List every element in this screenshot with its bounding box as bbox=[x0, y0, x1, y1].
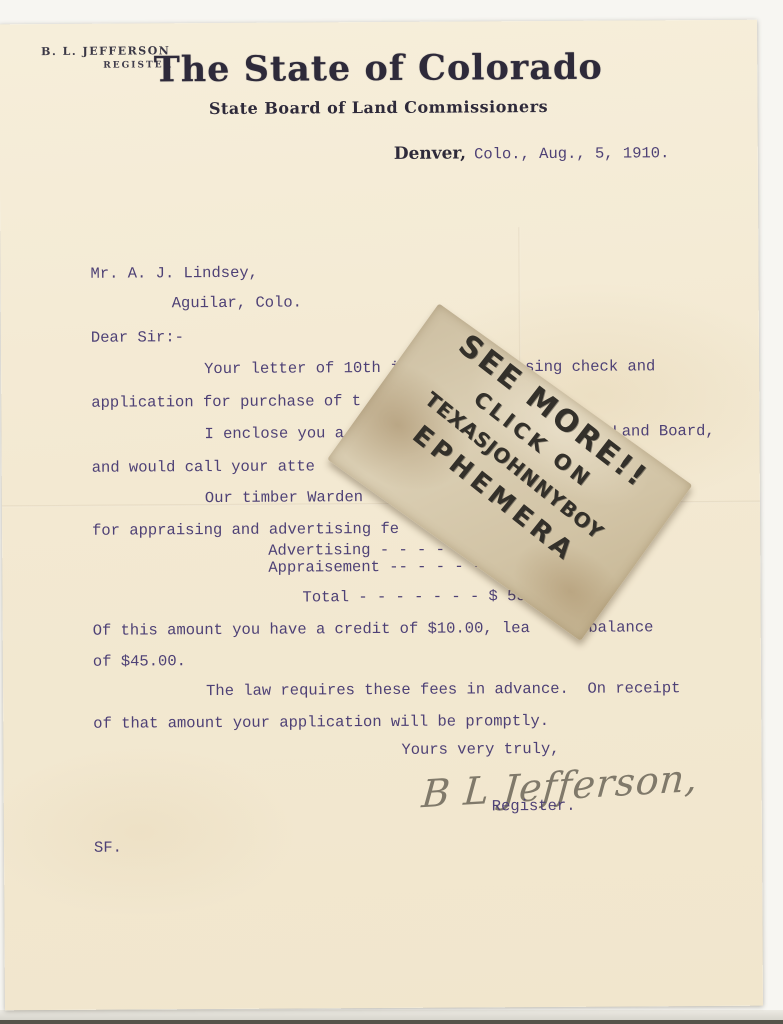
typed-line: The law requires these fees in advance. … bbox=[206, 679, 680, 700]
typist-initials: SF. bbox=[94, 839, 122, 857]
fold-crease-vertical bbox=[518, 227, 521, 367]
dateline-place: Denver, bbox=[394, 143, 466, 163]
dateline: Denver,Colo., Aug., 5, 1910. bbox=[394, 142, 670, 164]
typed-line-fragment: Our timber Warden bbox=[205, 488, 363, 507]
typed-line-fragment: sing check and bbox=[525, 357, 655, 376]
salutation: Dear Sir:- bbox=[91, 328, 184, 347]
dateline-typed-date: Colo., Aug., 5, 1910. bbox=[474, 144, 669, 163]
paper-sheet: B. L. JEFFERSON REGISTER The State of Co… bbox=[0, 20, 763, 1011]
closing-line: Yours very truly, bbox=[401, 740, 559, 759]
signature-script: B L Jefferson, bbox=[420, 753, 743, 816]
typed-line-fragment: Your letter of 10th i bbox=[204, 359, 399, 378]
scanned-letter-image: B. L. JEFFERSON REGISTER The State of Co… bbox=[0, 0, 783, 1024]
signature-title: Register. bbox=[492, 797, 576, 816]
letterhead-org-title: The State of Colorado bbox=[0, 46, 757, 92]
typed-line-fragment: I enclose you a bbox=[204, 424, 344, 443]
fee-line-total: Total - - - - - - - $ 55 bbox=[302, 587, 525, 606]
typed-line-fragment: Of this amount you have a credit of $10.… bbox=[93, 619, 530, 640]
typed-line-fragment: application for purchase of t bbox=[91, 392, 361, 412]
typed-line-fragment: for appraising and advertising fe bbox=[92, 520, 399, 540]
scanner-edge-line bbox=[0, 1020, 783, 1024]
recipient-name-line: Mr. A. J. Lindsey, bbox=[90, 264, 258, 283]
letterhead-org-subtitle: State Board of Land Commissioners bbox=[0, 96, 758, 120]
fee-line-appraisement: Appraisement -- - - - - bbox=[268, 557, 482, 576]
recipient-address-line: Aguilar, Colo. bbox=[172, 293, 302, 312]
typed-line: of $45.00. bbox=[93, 652, 186, 671]
typed-line: of that amount your application will be … bbox=[93, 712, 549, 733]
typed-line-fragment: and would call your atte bbox=[92, 457, 315, 476]
